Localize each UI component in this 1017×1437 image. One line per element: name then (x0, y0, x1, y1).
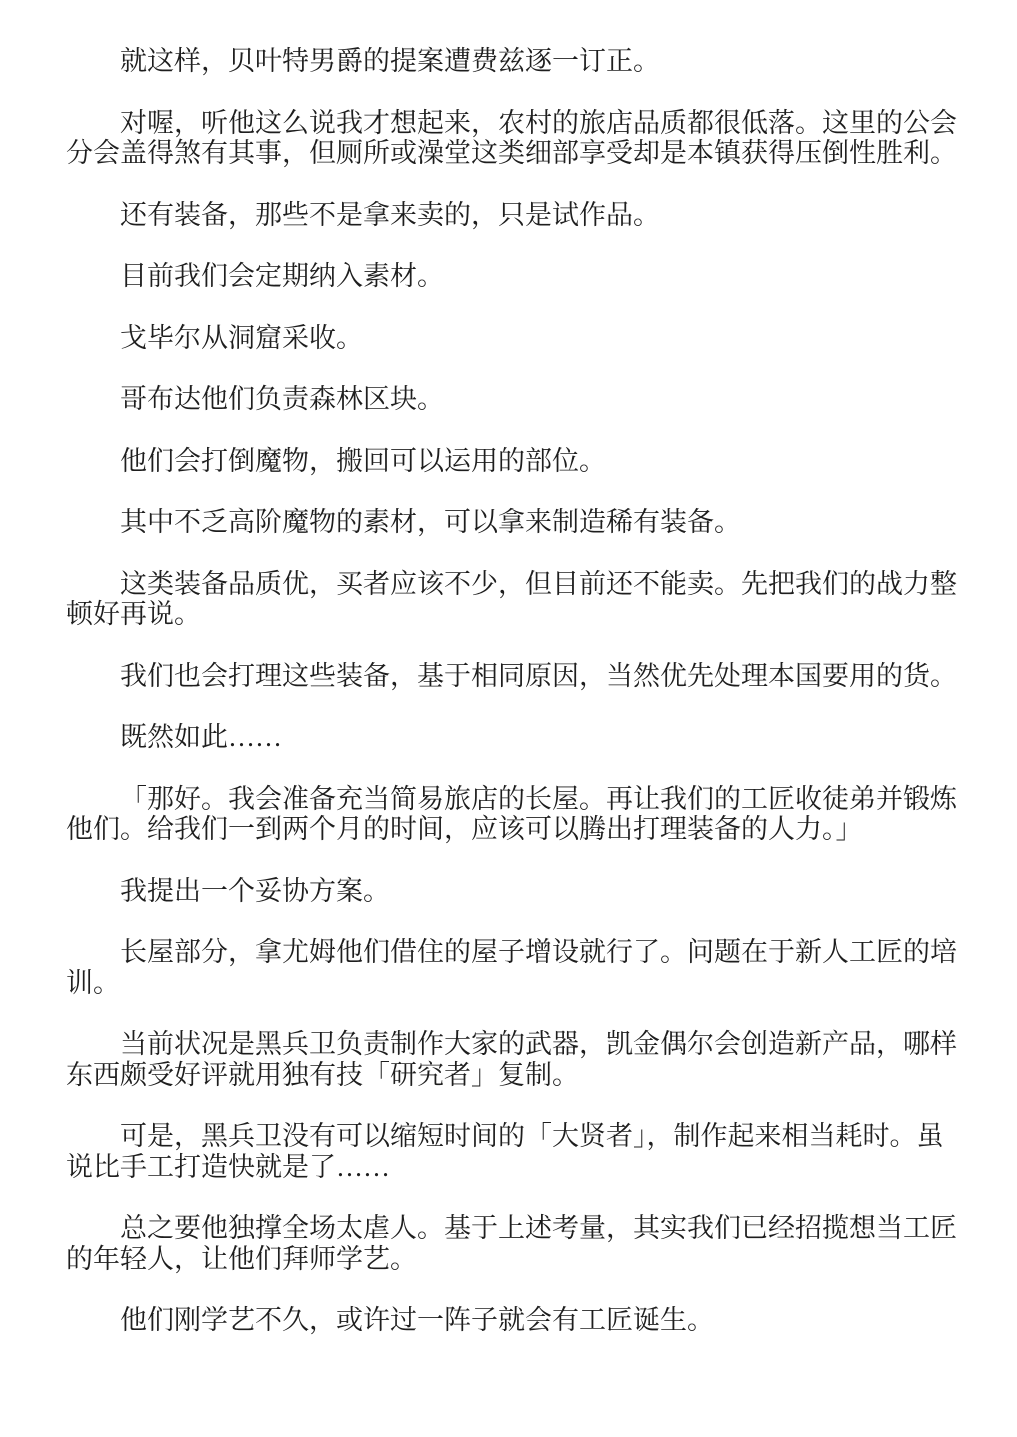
paragraph: 可是，黑兵卫没有可以缩短时间的「大贤者」，制作起来相当耗时。虽说比手工打造快就是… (66, 1121, 957, 1182)
screenshot-root: { "page": { "background": "#ffffff", "te… (0, 0, 1017, 1437)
paragraph: 我提出一个妥协方案。 (66, 876, 957, 907)
paragraph: 戈毕尔从洞窟采收。 (66, 323, 957, 354)
paragraph: 哥布达他们负责森林区块。 (66, 384, 957, 415)
paragraph: 「那好。我会准备充当简易旅店的长屋。再让我们的工匠收徒弟并锻炼他们。给我们一到两… (66, 784, 957, 845)
paragraph: 这类装备品质优，买者应该不少，但目前还不能卖。先把我们的战力整顿好再说。 (66, 569, 957, 630)
paragraph: 我们也会打理这些装备，基于相同原因，当然优先处理本国要用的货。 (66, 661, 957, 692)
paragraph: 目前我们会定期纳入素材。 (66, 261, 957, 292)
paragraph: 总之要他独撑全场太虐人。基于上述考量，其实我们已经招揽想当工匠的年轻人，让他们拜… (66, 1213, 957, 1274)
paragraph: 对喔，听他这么说我才想起来，农村的旅店品质都很低落。这里的公会分会盖得煞有其事，… (66, 108, 957, 169)
paragraph: 就这样，贝叶特男爵的提案遭费兹逐一订正。 (66, 46, 957, 77)
paragraph: 当前状况是黑兵卫负责制作大家的武器，凯金偶尔会创造新产品，哪样东西颇受好评就用独… (66, 1029, 957, 1090)
paragraph: 还有装备，那些不是拿来卖的，只是试作品。 (66, 200, 957, 231)
paragraph: 他们会打倒魔物，搬回可以运用的部位。 (66, 446, 957, 477)
paragraph: 其中不乏高阶魔物的素材，可以拿来制造稀有装备。 (66, 507, 957, 538)
paragraph: 长屋部分，拿尤姆他们借住的屋子增设就行了。问题在于新人工匠的培训。 (66, 937, 957, 998)
paragraph: 既然如此…… (66, 722, 957, 753)
paragraph: 他们刚学艺不久，或许过一阵子就会有工匠诞生。 (66, 1305, 957, 1336)
novel-page: 就这样，贝叶特男爵的提案遭费兹逐一订正。 对喔，听他这么说我才想起来，农村的旅店… (0, 0, 1017, 1336)
